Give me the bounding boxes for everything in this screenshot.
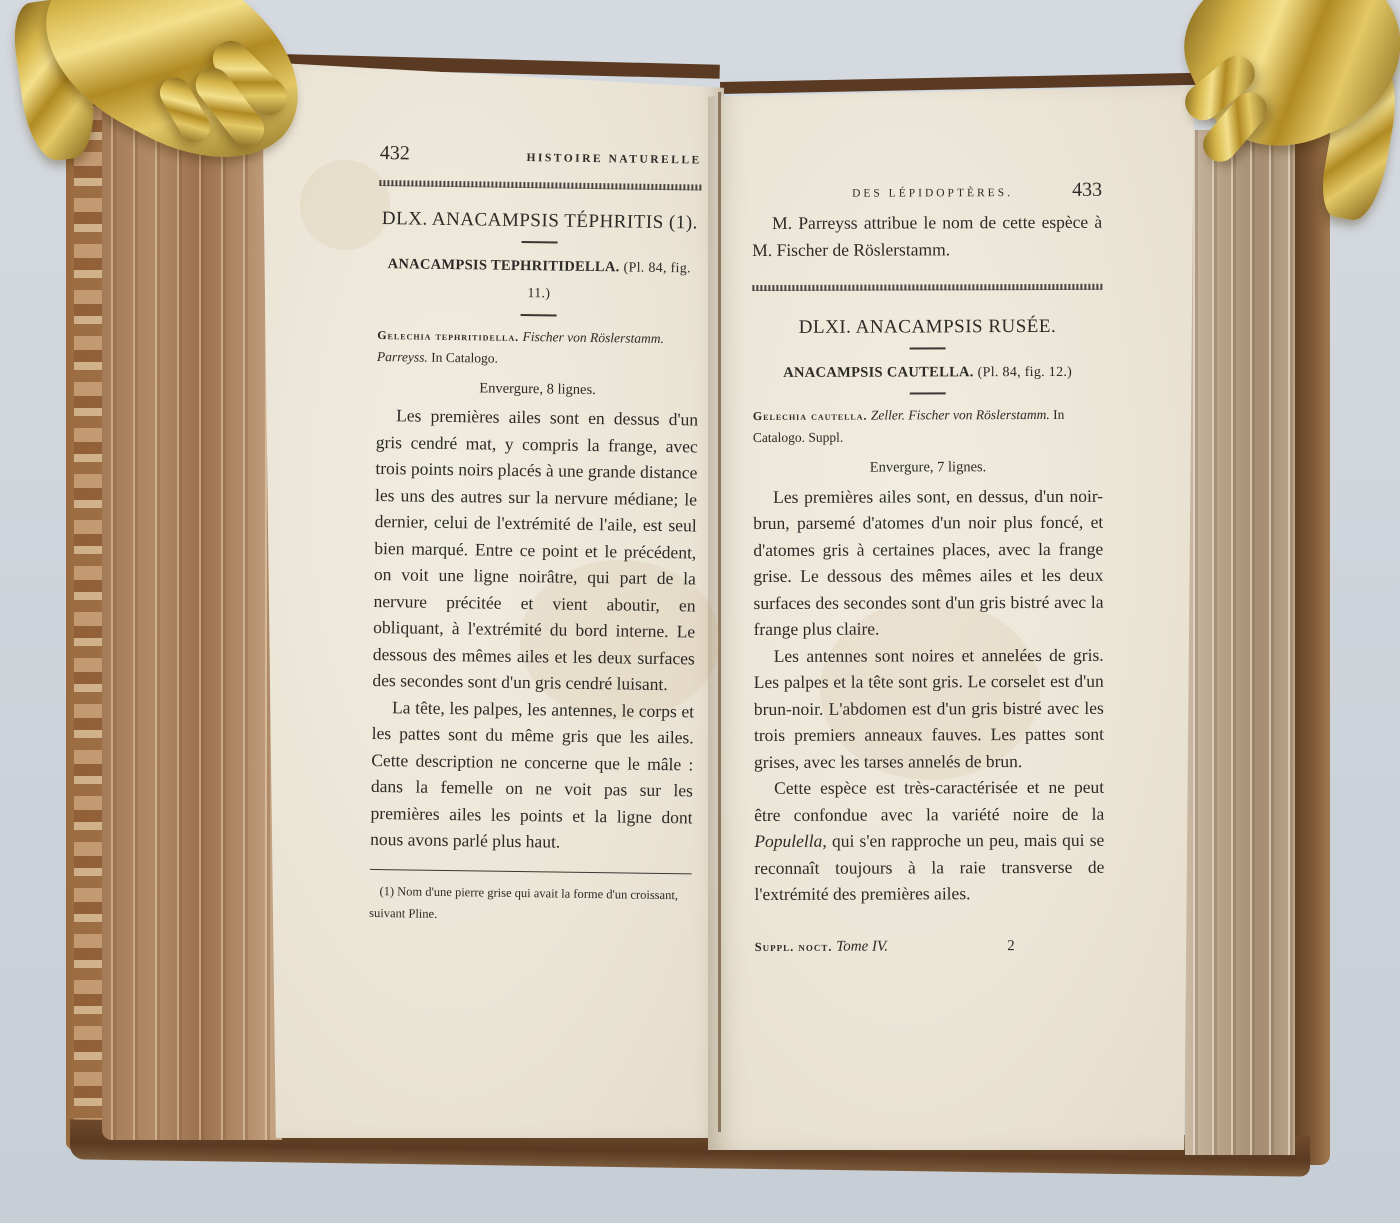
short-rule: [521, 313, 557, 316]
species-name: ANACAMPSIS TEPHRITIDELLA.: [388, 256, 620, 275]
synonymy: Gelechia tephritidella. Fischer von Rösl…: [377, 323, 700, 371]
species-subheading: ANACAMPSIS CAUTELLA. (Pl. 84, fig. 12.): [753, 358, 1103, 387]
species-name: ANACAMPSIS CAUTELLA.: [783, 364, 974, 381]
footnote-rule: [370, 868, 692, 873]
page-block-left-edge: [102, 80, 282, 1140]
signature-label: Suppl. noct. Tome IV.: [755, 933, 888, 960]
synonymy: Gelechia cautella. Zeller. Fischer von R…: [753, 404, 1103, 449]
running-head-right: DES LÉPIDOPTÈRES. 433: [752, 177, 1102, 210]
left-page-text: 432 HISTOIRE NATURELLE DLX. ANACAMPSIS T…: [369, 140, 702, 928]
running-head-title: HISTOIRE NATURELLE: [526, 145, 702, 174]
running-head-left: 432 HISTOIRE NATURELLE: [380, 140, 702, 176]
text-run: Cette espèce est très-caractérisée et ne…: [754, 777, 1104, 825]
page-number: 432: [380, 140, 410, 167]
page-block-right-edge: [1185, 130, 1295, 1155]
signature-volume: Tome IV.: [836, 938, 888, 954]
paragraph: Les premières ailes sont en dessus d'un …: [372, 402, 698, 698]
synonym-name: Gelechia tephritidella.: [377, 327, 519, 343]
synonym-name: Gelechia cautella.: [753, 409, 868, 423]
ornamental-rule: [379, 180, 701, 190]
book-gutter: [718, 92, 721, 1132]
wingspan: Envergure, 8 lignes.: [376, 373, 698, 404]
synonym-authors: Zeller. Fischer von Röslerstamm.: [871, 407, 1050, 423]
page-number: 433: [1072, 177, 1102, 204]
synonym-source: In Catalogo.: [431, 349, 498, 365]
continuation-paragraph: M. Parreyss attribue le nom de cette esp…: [752, 209, 1102, 263]
short-rule: [910, 392, 946, 394]
paragraph: Les antennes sont noires et annelées de …: [754, 641, 1104, 775]
footnote-marker: (1).: [669, 212, 698, 233]
short-rule: [910, 347, 946, 349]
plate-reference: (Pl. 84, fig. 12.): [978, 364, 1073, 379]
paragraph: La tête, les palpes, les antennes, le co…: [370, 693, 694, 856]
right-page-text: DES LÉPIDOPTÈRES. 433 M. Parreyss attrib…: [752, 177, 1105, 960]
book-cover-right: [1290, 120, 1330, 1165]
footnote: (1) Nom d'une pierre grise qui avait la …: [369, 879, 692, 927]
running-head-title: DES LÉPIDOPTÈRES.: [852, 180, 1013, 207]
species-reference: Populella: [754, 831, 822, 851]
open-book-photo: 432 HISTOIRE NATURELLE DLX. ANACAMPSIS T…: [0, 0, 1400, 1223]
signature-mark: 2: [1007, 933, 1015, 960]
species-subheading: ANACAMPSIS TEPHRITIDELLA. (Pl. 84, fig. …: [378, 250, 701, 309]
heading-text: DLX. ANACAMPSIS TÉPHRITIS: [382, 208, 664, 233]
section-heading: DLX. ANACAMPSIS TÉPHRITIS (1).: [379, 206, 701, 237]
paper-stain: [300, 160, 390, 250]
printer-signature: Suppl. noct. Tome IV. 2: [755, 932, 1105, 960]
paragraph: Les premières ailes sont, en dessus, d'u…: [753, 482, 1104, 642]
section-heading: DLXI. ANACAMPSIS RUSÉE.: [752, 314, 1102, 342]
short-rule: [522, 240, 558, 243]
signature-series: Suppl. noct.: [755, 939, 833, 953]
ornamental-rule: [752, 284, 1102, 291]
wingspan: Envergure, 7 lignes.: [753, 454, 1103, 482]
paragraph: Cette espèce est très-caractérisée et ne…: [754, 774, 1104, 908]
